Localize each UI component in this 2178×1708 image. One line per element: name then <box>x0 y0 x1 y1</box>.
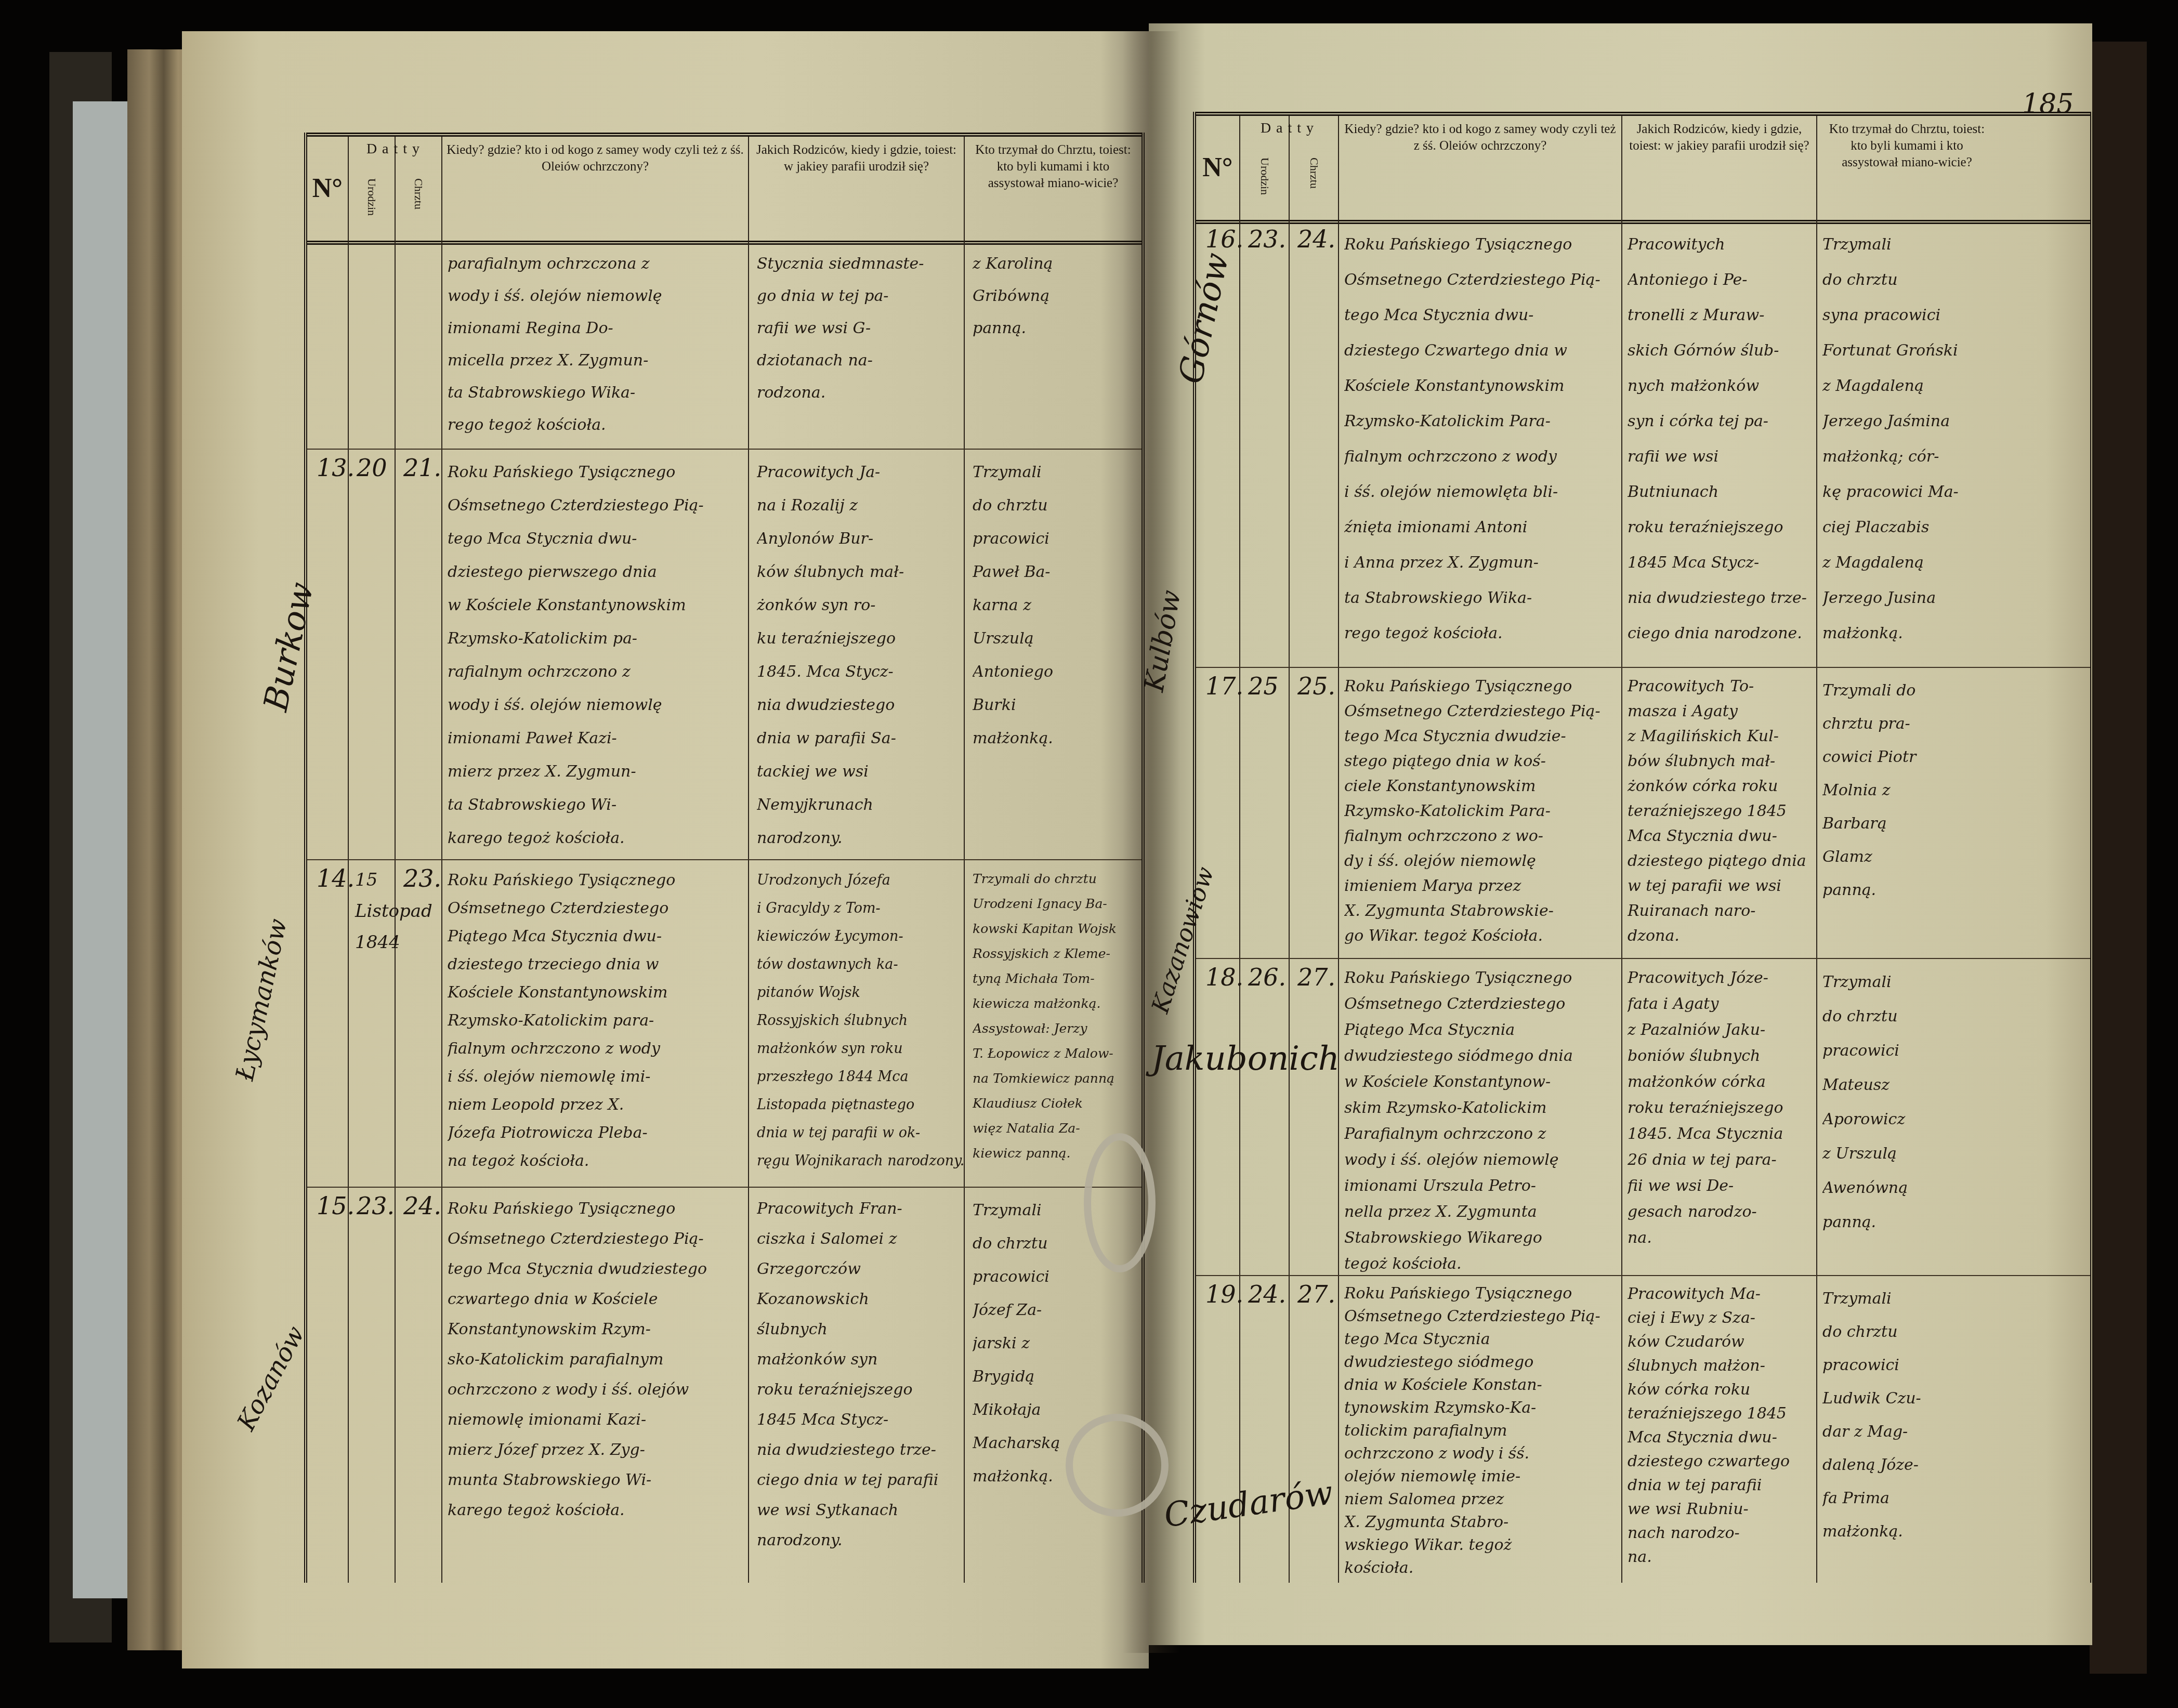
birth-date: 23. <box>357 1192 395 1220</box>
entry-number: 14. <box>317 864 355 892</box>
when-where-text: Roku Pańskiego Tysiącznego Ośmsetnego Cz… <box>1344 674 1625 949</box>
header-baptized: Chrztu <box>1290 116 1339 220</box>
when-where-text: parafialnym ochrzczona z wody i śś. olej… <box>448 248 749 441</box>
birth-date: 20 <box>357 454 387 482</box>
margin-surname: Jakubonich <box>1151 1040 1340 1078</box>
godparents-text: Trzymali do chrztu Urodzeni Ignacy Ba- k… <box>973 866 1139 1166</box>
birth-date: 25 <box>1248 672 1279 700</box>
godparents-text: Trzymali do chrztu pra- cowici Piotr Mol… <box>1822 674 2002 907</box>
baptism-date: 23. <box>403 864 441 892</box>
table-row: 18. 26. 27. Roku Pańskiego Tysiącznego O… <box>1196 958 2090 1276</box>
parents-text: Pracowitych Fran- ciszka i Salomei z Grz… <box>757 1194 965 1556</box>
entry-number: 19. <box>1205 1280 1243 1308</box>
entry-number: 15. <box>317 1192 355 1220</box>
parents-text: Pracowitych Ma- ciej i Ewy z Sza- ków Cz… <box>1628 1282 1820 1569</box>
when-where-text: Roku Pańskiego Tysiącznego Ośmsetnego Cz… <box>448 1194 749 1526</box>
parents-text: Stycznia siedmnaste- go dnia w tej pa- r… <box>757 248 965 409</box>
entry-number: 18. <box>1205 963 1243 991</box>
birth-date: 15 Listopad 1844 <box>355 864 397 958</box>
parents-text: Pracowitych To- masza i Agaty z Magilińs… <box>1628 674 1820 949</box>
baptism-date: 27. <box>1297 1280 1335 1308</box>
when-where-text: Roku Pańskiego Tysiącznego Ośmsetnego Cz… <box>448 866 749 1175</box>
header-when-where: Kiedy? gdzie? kto i od kogo z samey wody… <box>442 137 749 241</box>
when-where-text: Roku Pańskiego Tysiącznego Ośmsetnego Cz… <box>1344 1282 1625 1580</box>
header-baptized: Chrztu <box>396 137 442 241</box>
entry-number: 17. <box>1205 672 1243 700</box>
birth-date: 23. <box>1248 225 1286 253</box>
godparents-text: Trzymali do chrztu pracowici Ludwik Czu-… <box>1822 1282 2002 1548</box>
parents-text: Pracowitych Józe- fata i Agaty z Pazalni… <box>1628 965 1820 1251</box>
baptism-date: 25. <box>1297 672 1335 700</box>
godparents-text: Trzymali do chrztu pracowici Mateusz Apo… <box>1822 965 2002 1240</box>
table-row: 15. 23. 24. Roku Pańskiego Tysiącznego O… <box>307 1187 1142 1582</box>
birth-date: 26. <box>1248 963 1286 991</box>
parents-text: Urodzonych Józefa i Gracyldy z Tom- kiew… <box>757 866 965 1175</box>
parents-text: Pracowitych Antoniego i Pe- tronelli z M… <box>1628 227 1820 651</box>
header-godparents: Kto trzymał do Chrztu, toiest: kto byli … <box>1817 116 1997 220</box>
table-header: N° Datty Urodzin Chrztu Kiedy? gdzie? kt… <box>307 133 1142 245</box>
baptism-date: 27. <box>1297 963 1335 991</box>
table-row-continuation: parafialnym ochrzczona z wody i śś. olej… <box>307 241 1142 450</box>
table-row: 13. 20 21. Roku Pańskiego Tysiącznego Oś… <box>307 449 1142 860</box>
header-born: Datty Urodzin <box>349 137 396 241</box>
baptism-date: 24. <box>1297 225 1335 253</box>
entry-number: 16. <box>1205 225 1243 253</box>
header-godparents: Kto trzymał do Chrztu, toiest: kto byli … <box>965 137 1142 241</box>
baptism-date: 21. <box>403 454 441 482</box>
godparents-text: Trzymali do chrztu pracowici Paweł Ba- k… <box>973 456 1139 755</box>
register-table-left: N° Datty Urodzin Chrztu Kiedy? gdzie? kt… <box>304 133 1145 1583</box>
binding-string <box>1066 1414 1169 1517</box>
table-row: 19. 24. 27. Roku Pańskiego Tysiącznego O… <box>1196 1275 2090 1582</box>
header-no: N° <box>307 137 349 241</box>
entry-number: 13. <box>317 454 355 482</box>
flyleaf <box>73 101 135 1598</box>
header-parents: Jakich Rodziców, kiedy i gdzie, toiest: … <box>749 137 965 241</box>
book-cover-right <box>2090 42 2147 1674</box>
header-born: Datty Urodzin <box>1240 116 1290 220</box>
baptism-date: 24. <box>403 1192 441 1220</box>
header-born-label: Urodzin <box>1256 157 1273 195</box>
header-when-where: Kiedy? gdzie? kto i od kogo z samey wody… <box>1339 116 1622 220</box>
godparents-text: Trzymali do chrztu syna pracowici Fortun… <box>1822 227 2002 651</box>
when-where-text: Roku Pańskiego Tysiącznego Ośmsetnego Cz… <box>1344 965 1625 1277</box>
birth-date: 24. <box>1248 1280 1286 1308</box>
register-table-right: N° Datty Urodzin Chrztu Kiedy? gdzie? kt… <box>1193 112 2093 1583</box>
header-born-label: Urodzin <box>363 178 380 216</box>
parents-text: Pracowitych Ja- na i Rozalij z Anylonów … <box>757 456 965 855</box>
header-baptized-label: Chrztu <box>410 178 427 209</box>
table-row: 17. 25 25. Roku Pańskiego Tysiącznego Oś… <box>1196 667 2090 959</box>
table-row: 16. 23. 24. Roku Pańskiego Tysiącznego O… <box>1196 220 2090 668</box>
godparents-text: z Karoliną Gribówną panną. <box>973 248 1139 345</box>
header-no: N° <box>1196 116 1240 220</box>
when-where-text: Roku Pańskiego Tysiącznego Ośmsetnego Cz… <box>448 456 749 855</box>
table-row: 14. 15 Listopad 1844 23. Roku Pańskiego … <box>307 859 1142 1188</box>
table-header: N° Datty Urodzin Chrztu Kiedy? gdzie? kt… <box>1196 112 2090 224</box>
when-where-text: Roku Pańskiego Tysiącznego Ośmsetnego Cz… <box>1344 227 1625 651</box>
header-parents: Jakich Rodziców, kiedy i gdzie, toiest: … <box>1622 116 1817 220</box>
header-baptized-label: Chrztu <box>1306 157 1322 189</box>
binding-string <box>1084 1133 1156 1272</box>
